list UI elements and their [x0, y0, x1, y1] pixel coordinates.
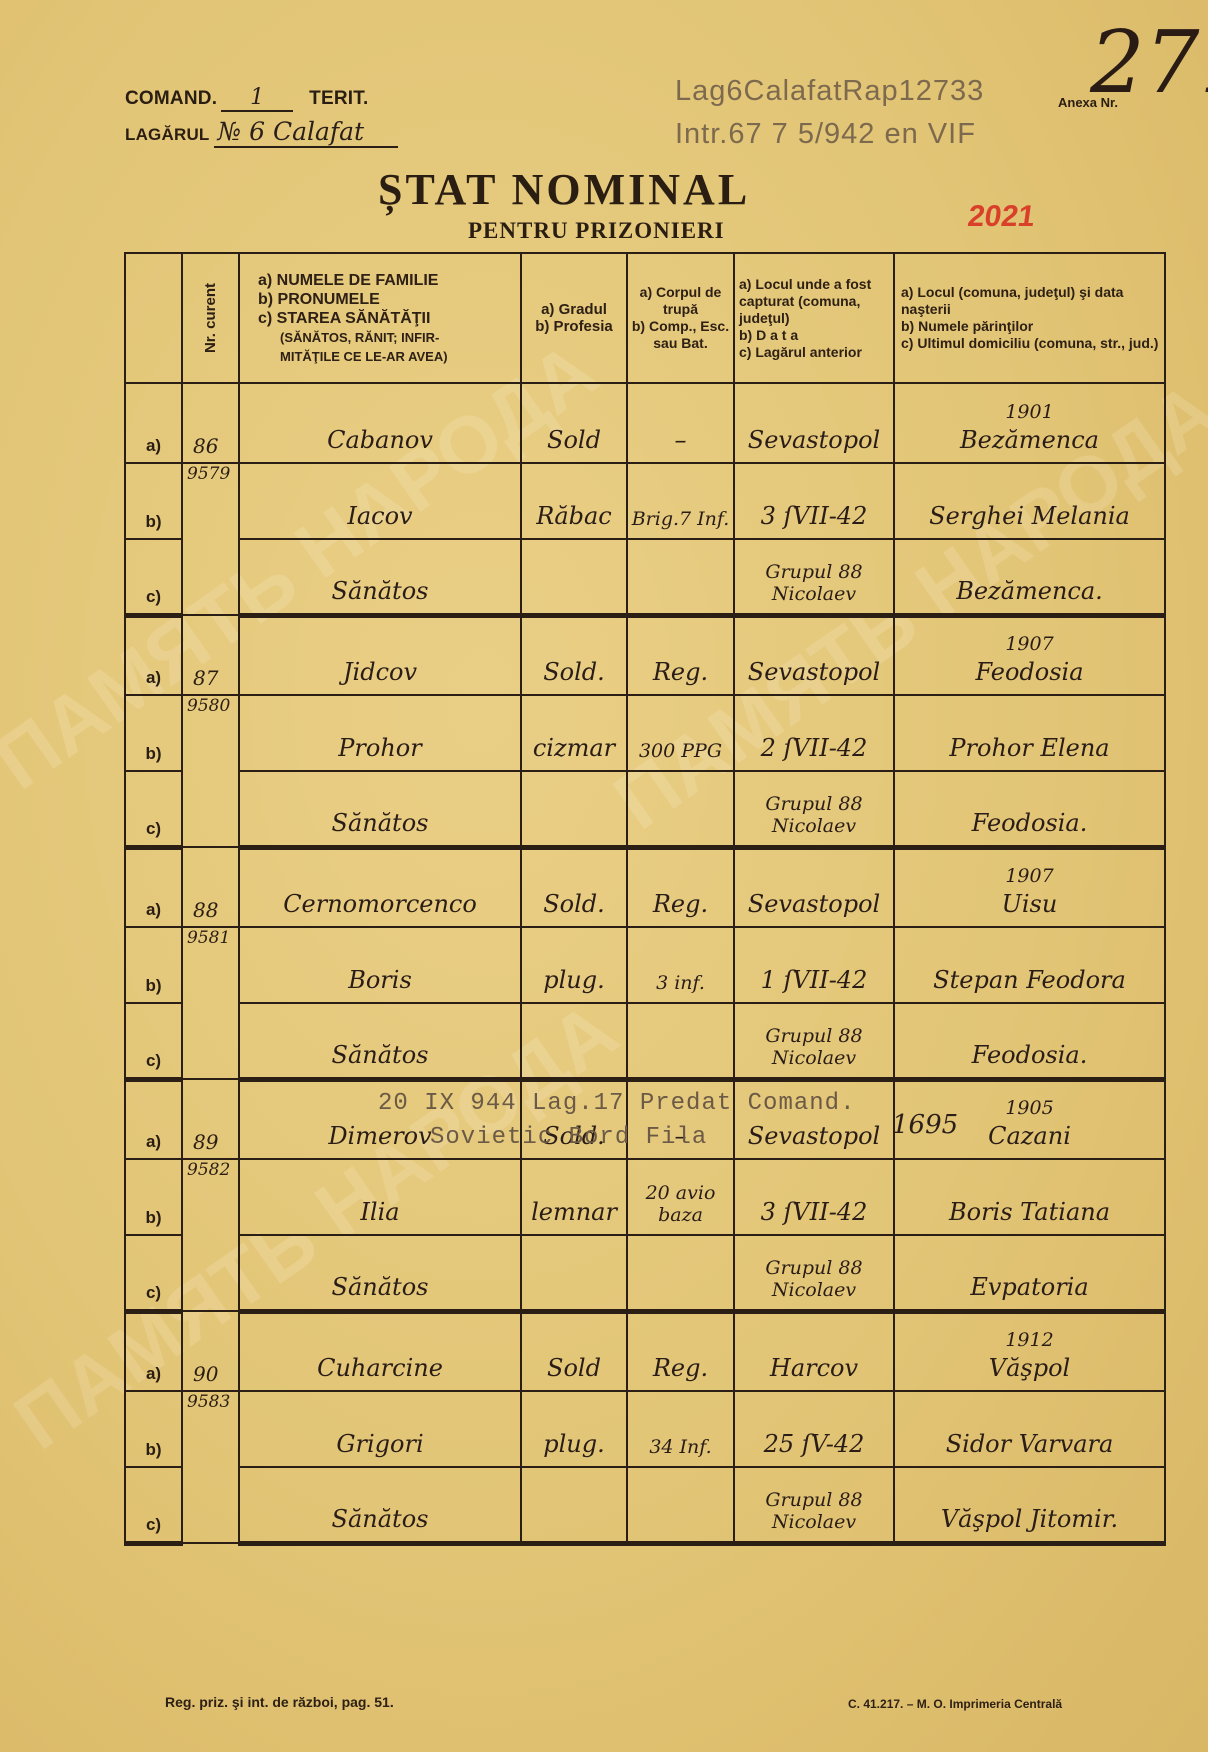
previous-camp: Grupul 88 Nicolaev [734, 1235, 894, 1311]
row-label-c: c) [125, 1235, 182, 1311]
unit: Brig.7 Inf. [627, 463, 734, 539]
archive-stamp-line2: Intr.67 7 5/942 en VIF [675, 118, 976, 151]
birth-year: 1912 [895, 1326, 1164, 1354]
grad-column-header: a) Gradulb) Profesia [521, 253, 627, 383]
capture-date: 2 ſVII-42 [734, 695, 894, 771]
row-label-c: c) [125, 771, 182, 847]
empty-cell [521, 1467, 627, 1543]
row-label-b: b) [125, 463, 182, 539]
table-row: c)SănătosGrupul 88 NicolaevVăşpol Jitomi… [125, 1467, 1165, 1543]
health-status: Sănătos [239, 771, 521, 847]
corps: Reg. [627, 1311, 734, 1391]
table-row: a)90CuharcineSoldReg.Harcov1912Văşpol [125, 1311, 1165, 1391]
birth-place: Bezămenca [895, 426, 1164, 454]
first-name: Prohor [239, 695, 521, 771]
current-number: 88 [182, 847, 239, 927]
empty-cell [521, 1003, 627, 1079]
row-label-b: b) [125, 1391, 182, 1467]
table-row: a)87JidcovSold.Reg.Sevastopol1907Feodosi… [125, 615, 1165, 695]
profession: plug. [521, 927, 627, 1003]
table-row: b)9583Grigoriplug.34 Inf.25 ſV-42Sidor V… [125, 1391, 1165, 1467]
captured-place: Sevastopol [734, 847, 894, 927]
birth-place-year: 1901Bezămenca [894, 383, 1165, 463]
profession: cizmar [521, 695, 627, 771]
profession: Răbac [521, 463, 627, 539]
comand-value: 1 [221, 85, 293, 112]
row-label-b: b) [125, 695, 182, 771]
parents-names: Serghei Melania [894, 463, 1165, 539]
table-row: c)SănătosGrupul 88 NicolaevBezămenca. [125, 539, 1165, 615]
profession: plug. [521, 1391, 627, 1467]
profession: lemnar [521, 1159, 627, 1235]
previous-camp: Grupul 88 Nicolaev [734, 539, 894, 615]
first-name: Boris [239, 927, 521, 1003]
table-row: b)9579IacovRăbacBrig.7 Inf.3 ſVII-42Serg… [125, 463, 1165, 539]
nr-column-header: Nr. curent [182, 253, 239, 383]
lagarul-label: LAGĂRUL [125, 125, 210, 144]
corps: Reg. [627, 847, 734, 927]
unit: 20 avio baza [627, 1159, 734, 1235]
footer-left: Reg. priz. şi int. de război, pag. 51. [165, 1694, 394, 1710]
margin-note: 1695 [892, 1110, 958, 1140]
previous-camp: Grupul 88 Nicolaev [734, 771, 894, 847]
anexa-number: 271 [1090, 20, 1208, 106]
table-row: c)SănătosGrupul 88 NicolaevEvpatoria [125, 1235, 1165, 1311]
captured-place: Sevastopol [734, 615, 894, 695]
empty-cell [627, 1235, 734, 1311]
prisoner-table: Nr. curent a) NUMELE DE FAMILIE b) PRONU… [124, 252, 1166, 1546]
first-name: Iacov [239, 463, 521, 539]
previous-camp: Grupul 88 Nicolaev [734, 1467, 894, 1543]
row-label-a: a) [125, 615, 182, 695]
row-label-b: b) [125, 927, 182, 1003]
rank: Sold [521, 383, 627, 463]
birth-place-year: 1907Feodosia [894, 615, 1165, 695]
capture-date: 3 ſVII-42 [734, 1159, 894, 1235]
birth-place-year: 1907Uisu [894, 847, 1165, 927]
label-column-header [125, 253, 182, 383]
capture-date: 3 ſVII-42 [734, 463, 894, 539]
current-number: 90 [182, 1311, 239, 1391]
empty-cell [627, 771, 734, 847]
captured-place: Sevastopol [734, 383, 894, 463]
row-label-c: c) [125, 1003, 182, 1079]
parents-names: Boris Tatiana [894, 1159, 1165, 1235]
captured-place: Harcov [734, 1311, 894, 1391]
capture-date: 25 ſV-42 [734, 1391, 894, 1467]
health-status: Sănătos [239, 539, 521, 615]
health-status: Sănătos [239, 1235, 521, 1311]
surname: Cabanov [239, 383, 521, 463]
birth-year: 1901 [895, 398, 1164, 426]
rank: Sold [521, 1311, 627, 1391]
terit-label: TERIT. [309, 88, 368, 109]
last-domicile: Văşpol Jitomir. [894, 1467, 1165, 1543]
empty-cell [627, 1467, 734, 1543]
row-label-c: c) [125, 539, 182, 615]
table-row: a)88CernomorcencoSold.Reg.Sevastopol1907… [125, 847, 1165, 927]
last-domicile: Evpatoria [894, 1235, 1165, 1311]
empty-cell [521, 771, 627, 847]
transfer-stamp-line1: 20 IX 944 Lag.17 Predat Comand. [378, 1090, 855, 1117]
previous-camp: Grupul 88 Nicolaev [734, 1003, 894, 1079]
registry-number: 9580 [182, 695, 239, 847]
document-header: COMAND. 1 TERIT. [125, 85, 368, 112]
empty-cell [521, 539, 627, 615]
transfer-stamp-line2: Sovietic Bord Fila [430, 1124, 707, 1151]
lagarul-line: LAGĂRUL № 6 Calafat [125, 117, 398, 148]
birth-place: Văşpol [895, 1354, 1164, 1382]
registry-number: 9579 [182, 463, 239, 615]
rank: Sold. [521, 615, 627, 695]
birth-place: Uisu [895, 890, 1164, 918]
unit: 300 PPG [627, 695, 734, 771]
health-status: Sănătos [239, 1467, 521, 1543]
current-number: 87 [182, 615, 239, 695]
table-header-row: Nr. curent a) NUMELE DE FAMILIE b) PRONU… [125, 253, 1165, 383]
empty-cell [627, 1003, 734, 1079]
archive-stamp-line1: Lag6CalafatRap12733 [675, 75, 984, 108]
footer-right: C. 41.217. – M. O. Imprimeria Centrală [848, 1697, 1062, 1711]
table-row: b)9580Prohorcizmar300 PPG2 ſVII-42Prohor… [125, 695, 1165, 771]
corps: Reg. [627, 615, 734, 695]
red-number: 2021 [966, 200, 1038, 234]
registry-number: 9581 [182, 927, 239, 1079]
lagarul-value: № 6 Calafat [214, 117, 398, 148]
last-domicile: Feodosia. [894, 1003, 1165, 1079]
birth-year: 1907 [895, 862, 1164, 890]
table-row: c)SănătosGrupul 88 NicolaevFeodosia. [125, 1003, 1165, 1079]
page-subtitle: PENTRU PRIZONIERI [468, 218, 725, 244]
page-title: ȘTAT NOMINAL [378, 164, 750, 215]
unit: 3 inf. [627, 927, 734, 1003]
row-label-c: c) [125, 1467, 182, 1543]
surname: Cuharcine [239, 1311, 521, 1391]
table-row: b)9582Ilialemnar20 avio baza3 ſVII-42Bor… [125, 1159, 1165, 1235]
table-row: a)86CabanovSold–Sevastopol1901Bezămenca [125, 383, 1165, 463]
loc-column-header: a) Locul unde a fost capturat (comuna, j… [734, 253, 894, 383]
first-name: Ilia [239, 1159, 521, 1235]
current-number: 86 [182, 383, 239, 463]
registry-number: 9583 [182, 1391, 239, 1543]
last-domicile: Feodosia. [894, 771, 1165, 847]
corps: – [627, 383, 734, 463]
table-row: b)9581Borisplug.3 inf.1 ſVII-42Stepan Fe… [125, 927, 1165, 1003]
birth-place-year: 1912Văşpol [894, 1311, 1165, 1391]
row-label-a: a) [125, 847, 182, 927]
row-label-b: b) [125, 1159, 182, 1235]
birth-year: 1907 [895, 630, 1164, 658]
table-body: a)86CabanovSold–Sevastopol1901Bezămencab… [125, 383, 1165, 1543]
birth-place: Feodosia [895, 658, 1164, 686]
parents-names: Sidor Varvara [894, 1391, 1165, 1467]
last-domicile: Bezămenca. [894, 539, 1165, 615]
first-name: Grigori [239, 1391, 521, 1467]
parents-names: Stepan Feodora [894, 927, 1165, 1003]
empty-cell [521, 1235, 627, 1311]
row-label-a: a) [125, 1311, 182, 1391]
parents-names: Prohor Elena [894, 695, 1165, 771]
current-number: 89 [182, 1079, 239, 1159]
rank: Sold. [521, 847, 627, 927]
names-column-header: a) NUMELE DE FAMILIE b) PRONUMELE c) STA… [239, 253, 521, 383]
unit: 34 Inf. [627, 1391, 734, 1467]
capture-date: 1 ſVII-42 [734, 927, 894, 1003]
registry-number: 9582 [182, 1159, 239, 1311]
surname: Cernomorcenco [239, 847, 521, 927]
empty-cell [627, 539, 734, 615]
row-label-a: a) [125, 383, 182, 463]
health-status: Sănătos [239, 1003, 521, 1079]
table-row: c)SănătosGrupul 88 NicolaevFeodosia. [125, 771, 1165, 847]
row-label-a: a) [125, 1079, 182, 1159]
surname: Jidcov [239, 615, 521, 695]
corp-column-header: a) Corpul de trupăb) Comp., Esc. sau Bat… [627, 253, 734, 383]
comand-label: COMAND. [125, 88, 217, 109]
origin-column-header: a) Locul (comuna, judeţul) şi data naşte… [894, 253, 1165, 383]
